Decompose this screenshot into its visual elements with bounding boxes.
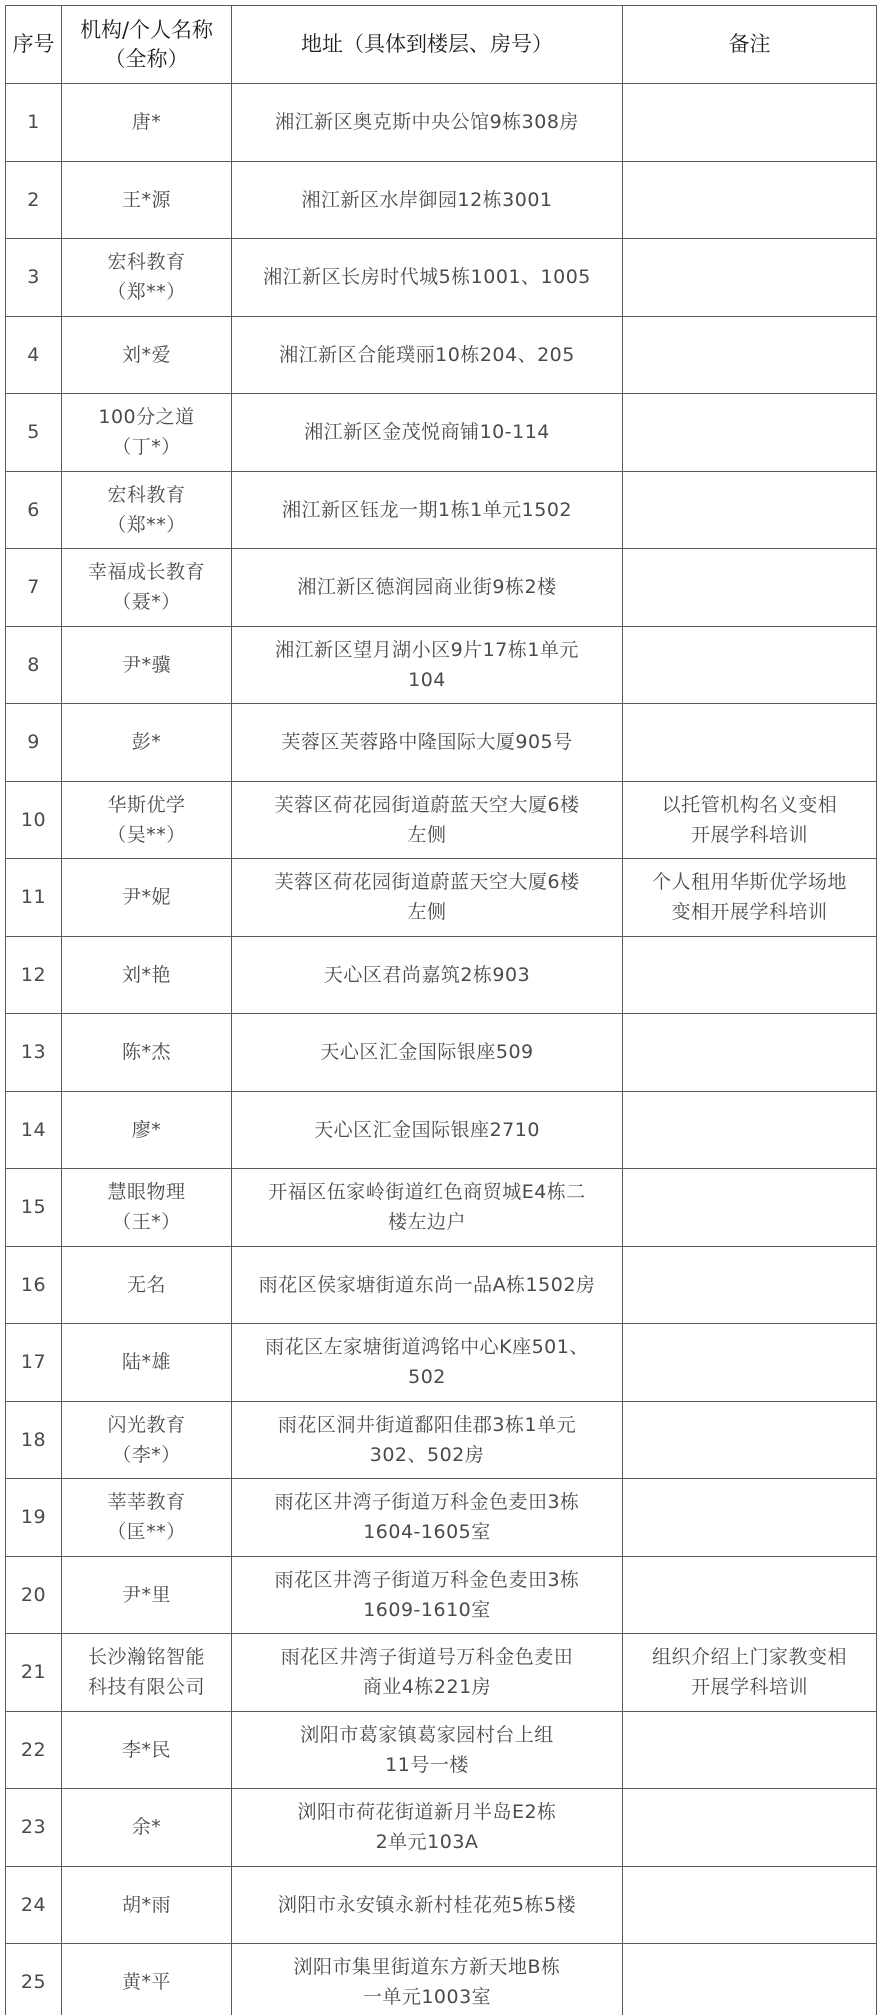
cell-address-line: 雨花区井湾子街道万科金色麦田3栋 [236, 1487, 618, 1517]
table-row: 23余*浏阳市荷花街道新月半岛E2栋2单元103A [6, 1789, 877, 1867]
cell-address: 湘江新区德润园商业街9栋2楼 [232, 549, 623, 627]
cell-name-line: 华斯优学 [66, 790, 227, 820]
cell-name-line: 廖* [66, 1115, 227, 1145]
cell-remark [623, 471, 877, 549]
cell-address: 湘江新区奥克斯中央公馆9栋308房 [232, 84, 623, 162]
cell-remark-line: 开展学科培训 [627, 1672, 872, 1702]
header-remark-label: 备注 [729, 32, 771, 56]
cell-address: 湘江新区长房时代城5栋1001、1005 [232, 239, 623, 317]
cell-name-line: 莘莘教育 [66, 1487, 227, 1517]
cell-serial-no: 15 [6, 1169, 62, 1247]
cell-serial-no: 1 [6, 84, 62, 162]
cell-address: 浏阳市集里街道东方新天地B栋一单元1003室 [232, 1944, 623, 2015]
cell-remark [623, 316, 877, 394]
cell-name-line: 胡*雨 [66, 1890, 227, 1920]
cell-address-line: 芙蓉区荷花园街道蔚蓝天空大厦6楼 [236, 867, 618, 897]
cell-serial-no: 20 [6, 1556, 62, 1634]
cell-name: 幸福成长教育（聂*） [62, 549, 232, 627]
table-row: 21长沙瀚铭智能科技有限公司雨花区井湾子街道号万科金色麦田商业4栋221房组织介… [6, 1634, 877, 1712]
cell-address-line: 雨花区侯家塘街道东尚一品A栋1502房 [236, 1270, 618, 1300]
cell-address-line: 天心区汇金国际银座509 [236, 1037, 618, 1067]
cell-name-line: （王*） [66, 1207, 227, 1237]
cell-address-line: 天心区君尚嘉筑2栋903 [236, 960, 618, 990]
cell-name: 李*民 [62, 1711, 232, 1789]
cell-address-line: 楼左边户 [236, 1207, 618, 1237]
cell-name: 无名 [62, 1246, 232, 1324]
cell-name: 尹*妮 [62, 859, 232, 937]
table-row: 10华斯优学（吴**）芙蓉区荷花园街道蔚蓝天空大厦6楼左侧以托管机构名义变相开展… [6, 781, 877, 859]
cell-serial-no: 14 [6, 1091, 62, 1169]
cell-address: 雨花区井湾子街道万科金色麦田3栋1604-1605室 [232, 1479, 623, 1557]
table-row: 22李*民浏阳市葛家镇葛家园村台上组11号一楼 [6, 1711, 877, 1789]
cell-address: 芙蓉区芙蓉路中隆国际大厦905号 [232, 704, 623, 782]
cell-remark [623, 1401, 877, 1479]
cell-serial-no: 25 [6, 1944, 62, 2015]
cell-name-line: 尹*骥 [66, 650, 227, 680]
cell-name-line: 尹*妮 [66, 882, 227, 912]
cell-address-line: 502 [236, 1362, 618, 1392]
header-address: 地址（具体到楼层、房号） [232, 6, 623, 84]
cell-serial-no: 19 [6, 1479, 62, 1557]
cell-remark [623, 1866, 877, 1944]
cell-address-line: 湘江新区德润园商业街9栋2楼 [236, 572, 618, 602]
cell-remark [623, 394, 877, 472]
cell-serial-no: 4 [6, 316, 62, 394]
cell-address-line: 芙蓉区芙蓉路中隆国际大厦905号 [236, 727, 618, 757]
cell-name-line: 慧眼物理 [66, 1177, 227, 1207]
cell-name: 尹*里 [62, 1556, 232, 1634]
cell-remark [623, 549, 877, 627]
cell-address: 湘江新区水岸御园12栋3001 [232, 161, 623, 239]
cell-remark-line: 变相开展学科培训 [627, 897, 872, 927]
cell-name: 廖* [62, 1091, 232, 1169]
cell-address-line: 湘江新区望月湖小区9片17栋1单元 [236, 635, 618, 665]
cell-name: 闪光教育（李*） [62, 1401, 232, 1479]
table-row: 18闪光教育（李*）雨花区洞井街道鄱阳佳郡3栋1单元302、502房 [6, 1401, 877, 1479]
cell-address-line: 左侧 [236, 897, 618, 927]
table-row: 12刘*艳天心区君尚嘉筑2栋903 [6, 936, 877, 1014]
cell-remark [623, 239, 877, 317]
cell-name-line: （郑**） [66, 277, 227, 307]
cell-address: 湘江新区望月湖小区9片17栋1单元104 [232, 626, 623, 704]
cell-address-line: 天心区汇金国际银座2710 [236, 1115, 618, 1145]
cell-remark-line: 组织介绍上门家教变相 [627, 1642, 872, 1672]
cell-remark-line: 开展学科培训 [627, 820, 872, 850]
cell-name-line: 余* [66, 1812, 227, 1842]
header-address-label: 地址（具体到楼层、房号） [301, 32, 553, 56]
cell-address-line: 浏阳市永安镇永新村桂花苑5栋5楼 [236, 1890, 618, 1920]
cell-name-line: 长沙瀚铭智能 [66, 1642, 227, 1672]
cell-remark [623, 1944, 877, 2015]
cell-name-line: 幸福成长教育 [66, 557, 227, 587]
cell-address: 雨花区洞井街道鄱阳佳郡3栋1单元302、502房 [232, 1401, 623, 1479]
table-row: 19莘莘教育（匡**）雨花区井湾子街道万科金色麦田3栋1604-1605室 [6, 1479, 877, 1557]
cell-remark [623, 1789, 877, 1867]
cell-address-line: 302、502房 [236, 1440, 618, 1470]
cell-name-line: 唐* [66, 107, 227, 137]
cell-serial-no: 22 [6, 1711, 62, 1789]
cell-serial-no: 13 [6, 1014, 62, 1092]
cell-serial-no: 2 [6, 161, 62, 239]
table-row: 2王*源湘江新区水岸御园12栋3001 [6, 161, 877, 239]
cell-address-line: 104 [236, 665, 618, 695]
table-row: 16无名雨花区侯家塘街道东尚一品A栋1502房 [6, 1246, 877, 1324]
header-row: 序号 机构/个人名称 （全称） 地址（具体到楼层、房号） 备注 [6, 6, 877, 84]
cell-remark: 个人租用华斯优学场地变相开展学科培训 [623, 859, 877, 937]
table-row: 1唐*湘江新区奥克斯中央公馆9栋308房 [6, 84, 877, 162]
table-body: 1唐*湘江新区奥克斯中央公馆9栋308房2王*源湘江新区水岸御园12栋30013… [6, 84, 877, 2015]
table-row: 8尹*骥湘江新区望月湖小区9片17栋1单元104 [6, 626, 877, 704]
cell-address-line: 开福区伍家岭街道红色商贸城E4栋二 [236, 1177, 618, 1207]
cell-name: 余* [62, 1789, 232, 1867]
cell-address-line: 芙蓉区荷花园街道蔚蓝天空大厦6楼 [236, 790, 618, 820]
cell-serial-no: 5 [6, 394, 62, 472]
cell-serial-no: 9 [6, 704, 62, 782]
table-row: 25黄*平浏阳市集里街道东方新天地B栋一单元1003室 [6, 1944, 877, 2015]
cell-name-line: （匡**） [66, 1517, 227, 1547]
table-row: 7幸福成长教育（聂*）湘江新区德润园商业街9栋2楼 [6, 549, 877, 627]
cell-serial-no: 12 [6, 936, 62, 1014]
cell-name-line: 李*民 [66, 1735, 227, 1765]
cell-address: 湘江新区金茂悦商铺10-114 [232, 394, 623, 472]
cell-address: 芙蓉区荷花园街道蔚蓝天空大厦6楼左侧 [232, 859, 623, 937]
cell-address: 雨花区侯家塘街道东尚一品A栋1502房 [232, 1246, 623, 1324]
header-name: 机构/个人名称 （全称） [62, 6, 232, 84]
table-row: 6宏科教育（郑**）湘江新区钰龙一期1栋1单元1502 [6, 471, 877, 549]
cell-name: 刘*艳 [62, 936, 232, 1014]
cell-remark [623, 1246, 877, 1324]
table-row: 17陆*雄雨花区左家塘街道鸿铭中心K座501、502 [6, 1324, 877, 1402]
cell-remark: 以托管机构名义变相开展学科培训 [623, 781, 877, 859]
cell-remark-line: 以托管机构名义变相 [627, 790, 872, 820]
cell-serial-no: 23 [6, 1789, 62, 1867]
cell-name: 宏科教育（郑**） [62, 239, 232, 317]
cell-remark [623, 1556, 877, 1634]
cell-address-line: 雨花区井湾子街道号万科金色麦田 [236, 1642, 618, 1672]
cell-name: 王*源 [62, 161, 232, 239]
cell-name-line: 陆*雄 [66, 1347, 227, 1377]
table-row: 15慧眼物理（王*）开福区伍家岭街道红色商贸城E4栋二楼左边户 [6, 1169, 877, 1247]
cell-address: 芙蓉区荷花园街道蔚蓝天空大厦6楼左侧 [232, 781, 623, 859]
table-row: 4刘*爱湘江新区合能璞丽10栋204、205 [6, 316, 877, 394]
cell-name-line: 彭* [66, 727, 227, 757]
cell-name: 尹*骥 [62, 626, 232, 704]
cell-name-line: 陈*杰 [66, 1037, 227, 1067]
cell-name-line: 黄*平 [66, 1967, 227, 1997]
cell-name-line: 刘*爱 [66, 340, 227, 370]
cell-address-line: 2单元103A [236, 1827, 618, 1857]
cell-name-line: 刘*艳 [66, 960, 227, 990]
table-row: 20尹*里雨花区井湾子街道万科金色麦田3栋1609-1610室 [6, 1556, 877, 1634]
cell-address: 天心区君尚嘉筑2栋903 [232, 936, 623, 1014]
cell-address: 湘江新区钰龙一期1栋1单元1502 [232, 471, 623, 549]
header-serial-no-label: 序号 [13, 32, 55, 56]
cell-address: 湘江新区合能璞丽10栋204、205 [232, 316, 623, 394]
cell-name: 陈*杰 [62, 1014, 232, 1092]
cell-remark [623, 626, 877, 704]
cell-serial-no: 3 [6, 239, 62, 317]
table-row: 3宏科教育（郑**）湘江新区长房时代城5栋1001、1005 [6, 239, 877, 317]
cell-address-line: 一单元1003室 [236, 1982, 618, 2012]
cell-name: 刘*爱 [62, 316, 232, 394]
cell-address: 浏阳市永安镇永新村桂花苑5栋5楼 [232, 1866, 623, 1944]
cell-address-line: 商业4栋221房 [236, 1672, 618, 1702]
cell-name: 胡*雨 [62, 1866, 232, 1944]
cell-serial-no: 21 [6, 1634, 62, 1712]
cell-name: 华斯优学（吴**） [62, 781, 232, 859]
table-row: 14廖*天心区汇金国际银座2710 [6, 1091, 877, 1169]
cell-remark [623, 1479, 877, 1557]
cell-name-line: 无名 [66, 1270, 227, 1300]
cell-serial-no: 16 [6, 1246, 62, 1324]
table-row: 24胡*雨浏阳市永安镇永新村桂花苑5栋5楼 [6, 1866, 877, 1944]
cell-name-line: （吴**） [66, 820, 227, 850]
cell-name: 宏科教育（郑**） [62, 471, 232, 549]
cell-name-line: （李*） [66, 1440, 227, 1470]
header-name-line2: （全称） [66, 45, 227, 74]
table-row: 13陈*杰天心区汇金国际银座509 [6, 1014, 877, 1092]
cell-address-line: 雨花区左家塘街道鸿铭中心K座501、 [236, 1332, 618, 1362]
header-name-line1: 机构/个人名称 [66, 16, 227, 45]
cell-name-line: 科技有限公司 [66, 1672, 227, 1702]
cell-name: 黄*平 [62, 1944, 232, 2015]
cell-address-line: 浏阳市集里街道东方新天地B栋 [236, 1952, 618, 1982]
cell-name-line: （郑**） [66, 510, 227, 540]
cell-name-line: （聂*） [66, 587, 227, 617]
cell-remark [623, 936, 877, 1014]
cell-remark-line: 个人租用华斯优学场地 [627, 867, 872, 897]
cell-remark: 组织介绍上门家教变相开展学科培训 [623, 1634, 877, 1712]
cell-name: 慧眼物理（王*） [62, 1169, 232, 1247]
cell-remark [623, 1324, 877, 1402]
cell-name-line: （丁*） [66, 432, 227, 462]
cell-address-line: 1609-1610室 [236, 1595, 618, 1625]
cell-serial-no: 18 [6, 1401, 62, 1479]
cell-serial-no: 24 [6, 1866, 62, 1944]
cell-remark [623, 704, 877, 782]
cell-serial-no: 11 [6, 859, 62, 937]
cell-serial-no: 6 [6, 471, 62, 549]
cell-name-line: 尹*里 [66, 1580, 227, 1610]
cell-address-line: 1604-1605室 [236, 1517, 618, 1547]
cell-address-line: 湘江新区长房时代城5栋1001、1005 [236, 262, 618, 292]
cell-address: 开福区伍家岭街道红色商贸城E4栋二楼左边户 [232, 1169, 623, 1247]
cell-address-line: 左侧 [236, 820, 618, 850]
cell-address-line: 11号一楼 [236, 1750, 618, 1780]
cell-address-line: 湘江新区金茂悦商铺10-114 [236, 417, 618, 447]
cell-name-line: 100分之道 [66, 402, 227, 432]
cell-address: 雨花区左家塘街道鸿铭中心K座501、502 [232, 1324, 623, 1402]
cell-name: 彭* [62, 704, 232, 782]
cell-name-line: 宏科教育 [66, 480, 227, 510]
cell-name-line: 王*源 [66, 185, 227, 215]
cell-name-line: 宏科教育 [66, 247, 227, 277]
cell-address-line: 湘江新区合能璞丽10栋204、205 [236, 340, 618, 370]
cell-address-line: 湘江新区奥克斯中央公馆9栋308房 [236, 107, 618, 137]
cell-address: 雨花区井湾子街道万科金色麦田3栋1609-1610室 [232, 1556, 623, 1634]
cell-serial-no: 10 [6, 781, 62, 859]
cell-remark [623, 161, 877, 239]
cell-name: 唐* [62, 84, 232, 162]
cell-remark [623, 1091, 877, 1169]
cell-address-line: 雨花区井湾子街道万科金色麦田3栋 [236, 1565, 618, 1595]
cell-serial-no: 7 [6, 549, 62, 627]
cell-address-line: 湘江新区钰龙一期1栋1单元1502 [236, 495, 618, 525]
cell-remark [623, 1711, 877, 1789]
cell-name: 100分之道（丁*） [62, 394, 232, 472]
table-row: 11尹*妮芙蓉区荷花园街道蔚蓝天空大厦6楼左侧个人租用华斯优学场地变相开展学科培… [6, 859, 877, 937]
cell-serial-no: 8 [6, 626, 62, 704]
cell-remark [623, 1169, 877, 1247]
cell-serial-no: 17 [6, 1324, 62, 1402]
cell-address-line: 浏阳市荷花街道新月半岛E2栋 [236, 1797, 618, 1827]
cell-address-line: 浏阳市葛家镇葛家园村台上组 [236, 1720, 618, 1750]
cell-address-line: 湘江新区水岸御园12栋3001 [236, 185, 618, 215]
cell-address: 天心区汇金国际银座2710 [232, 1091, 623, 1169]
cell-name: 长沙瀚铭智能科技有限公司 [62, 1634, 232, 1712]
table-row: 5100分之道（丁*）湘江新区金茂悦商铺10-114 [6, 394, 877, 472]
cell-remark [623, 1014, 877, 1092]
cell-remark [623, 84, 877, 162]
header-remark: 备注 [623, 6, 877, 84]
cell-address: 浏阳市葛家镇葛家园村台上组11号一楼 [232, 1711, 623, 1789]
header-serial-no: 序号 [6, 6, 62, 84]
cell-name: 陆*雄 [62, 1324, 232, 1402]
cell-address-line: 雨花区洞井街道鄱阳佳郡3栋1单元 [236, 1410, 618, 1440]
table-row: 9彭*芙蓉区芙蓉路中隆国际大厦905号 [6, 704, 877, 782]
cell-address: 雨花区井湾子街道号万科金色麦田商业4栋221房 [232, 1634, 623, 1712]
cell-address: 天心区汇金国际银座509 [232, 1014, 623, 1092]
cell-address: 浏阳市荷花街道新月半岛E2栋2单元103A [232, 1789, 623, 1867]
cell-name: 莘莘教育（匡**） [62, 1479, 232, 1557]
cell-name-line: 闪光教育 [66, 1410, 227, 1440]
institution-list-table: 序号 机构/个人名称 （全称） 地址（具体到楼层、房号） 备注 1唐*湘江新区奥… [5, 5, 877, 2015]
